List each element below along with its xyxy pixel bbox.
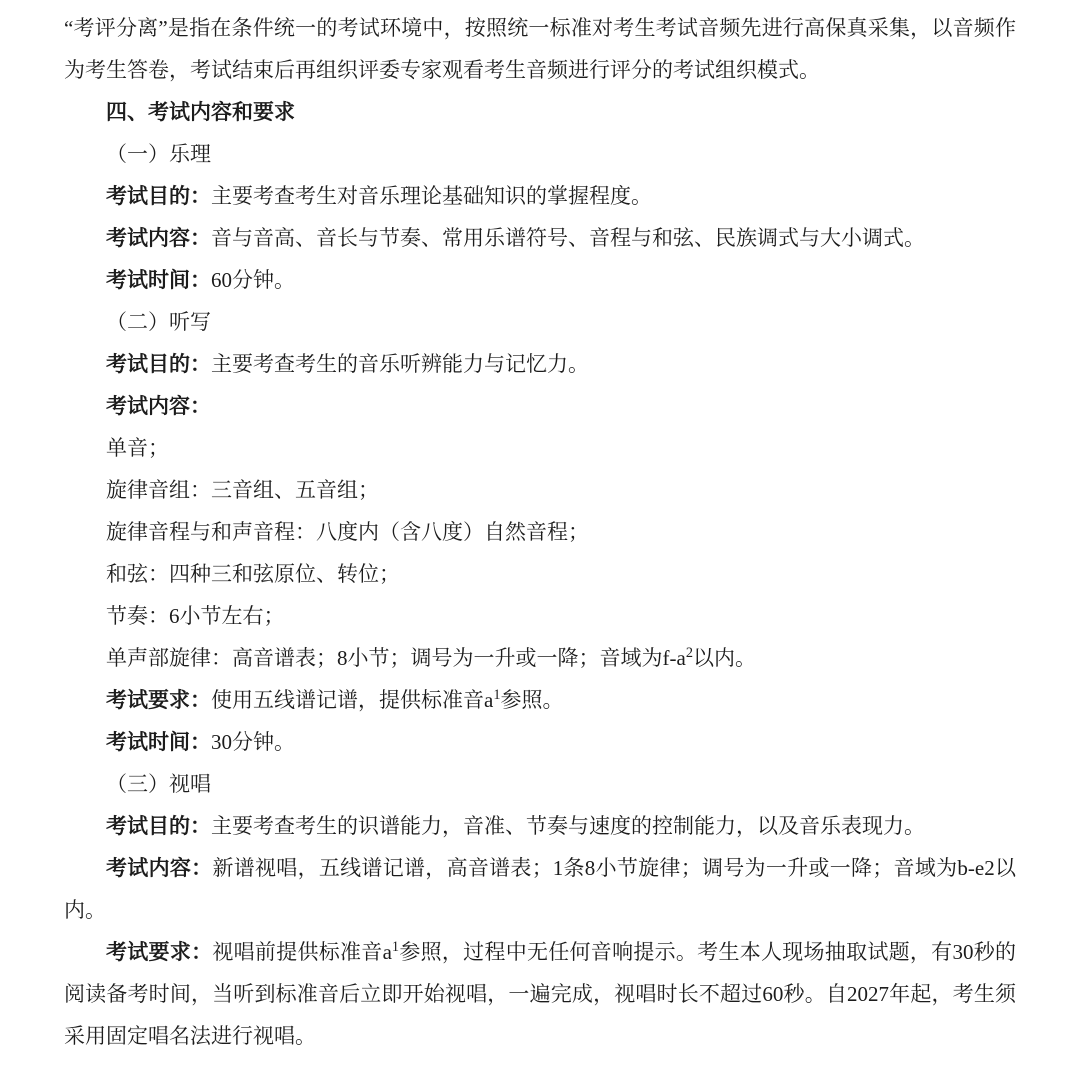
text-run: 主要考查考生对音乐理论基础知识的掌握程度。 [211, 184, 652, 208]
document-page: “考评分离”是指在条件统一的考试环境中，按照统一标准对考生考试音频先进行高保真采… [0, 0, 1080, 1067]
yueli-content: 考试内容：音与音高、音长与节奏、常用乐谱符号、音程与和弦、民族调式与大小调式。 [64, 217, 1016, 259]
text-run: “考评分离”是指在条件统一的考试环境中，按照统一标准对考生考试音频先进行高保真采… [64, 16, 1016, 82]
bold-label-run: 考试目的： [106, 184, 211, 208]
text-run: （二）听写 [106, 310, 211, 334]
bold-label-run: 考试内容： [106, 226, 211, 250]
document-body: “考评分离”是指在条件统一的考试环境中，按照统一标准对考生考试音频先进行高保真采… [64, 7, 1016, 1057]
tingxie-item-hexian: 和弦：四种三和弦原位、转位； [64, 553, 1016, 595]
text-run: 旋律音组：三音组、五音组； [106, 478, 379, 502]
bold-label-run: 考试目的： [106, 814, 211, 838]
bold-label-run: 考试时间： [106, 730, 211, 754]
bold-label-run: 考试内容： [106, 394, 211, 418]
superscript-run: 1 [392, 939, 399, 955]
tingxie-item-xuanlvyinzu: 旋律音组：三音组、五音组； [64, 469, 1016, 511]
bold-label-run: 考试要求： [106, 940, 212, 964]
text-run: 30分钟。 [211, 730, 295, 754]
tingxie-purpose: 考试目的：主要考查考生的音乐听辨能力与记忆力。 [64, 343, 1016, 385]
text-run: 以内。 [693, 646, 756, 670]
tingxie-item-yincheng: 旋律音程与和声音程：八度内（含八度）自然音程； [64, 511, 1016, 553]
tingxie-requirement: 考试要求：使用五线谱记谱，提供标准音a1参照。 [64, 679, 1016, 721]
text-run: 主要考查考生的音乐听辨能力与记忆力。 [211, 352, 589, 376]
text-run: 旋律音程与和声音程：八度内（含八度）自然音程； [106, 520, 589, 544]
section-heading-4: 四、考试内容和要求 [64, 91, 1016, 133]
text-run: 音与音高、音长与节奏、常用乐谱符号、音程与和弦、民族调式与大小调式。 [211, 226, 925, 250]
text-run: 60分钟。 [211, 268, 295, 292]
shichang-content: 考试内容：新谱视唱，五线谱记谱，高音谱表；1条8小节旋律；调号为一升或一降；音域… [64, 847, 1016, 931]
shichang-requirement: 考试要求：视唱前提供标准音a1参照，过程中无任何音响提示。考生本人现场抽取试题，… [64, 931, 1016, 1057]
yueli-duration: 考试时间：60分钟。 [64, 259, 1016, 301]
text-run: 单音； [106, 436, 169, 460]
subsection-1-yueli: （一）乐理 [64, 133, 1016, 175]
text-run: 主要考查考生的识谱能力，音准、节奏与速度的控制能力，以及音乐表现力。 [211, 814, 925, 838]
bold-label-run: 考试要求： [106, 688, 211, 712]
tingxie-item-danyin: 单音； [64, 427, 1016, 469]
text-run: 单声部旋律：高音谱表；8小节；调号为一升或一降；音域为f-a [106, 646, 686, 670]
yueli-purpose: 考试目的：主要考查考生对音乐理论基础知识的掌握程度。 [64, 175, 1016, 217]
subsection-2-tingxie: （二）听写 [64, 301, 1016, 343]
bold-label-run: 考试时间： [106, 268, 211, 292]
text-run: 使用五线谱记谱，提供标准音a [211, 688, 493, 712]
intro-paragraph: “考评分离”是指在条件统一的考试环境中，按照统一标准对考生考试音频先进行高保真采… [64, 7, 1016, 91]
text-run: 节奏：6小节左右； [106, 604, 285, 628]
tingxie-item-jiezou: 节奏：6小节左右； [64, 595, 1016, 637]
tingxie-duration: 考试时间：30分钟。 [64, 721, 1016, 763]
text-run: （一）乐理 [106, 142, 211, 166]
tingxie-content-label: 考试内容： [64, 385, 1016, 427]
tingxie-item-danshengbu: 单声部旋律：高音谱表；8小节；调号为一升或一降；音域为f-a2以内。 [64, 637, 1016, 679]
bold-label-run: 考试内容： [106, 856, 212, 880]
bold-label-run: 考试目的： [106, 352, 211, 376]
bold-label-run: 四、考试内容和要求 [106, 100, 295, 124]
superscript-run: 2 [686, 645, 693, 661]
text-run: 和弦：四种三和弦原位、转位； [106, 562, 400, 586]
subsection-3-shichang: （三）视唱 [64, 763, 1016, 805]
text-run: 视唱前提供标准音a [212, 940, 392, 964]
text-run: 参照。 [500, 688, 563, 712]
shichang-purpose: 考试目的：主要考查考生的识谱能力，音准、节奏与速度的控制能力，以及音乐表现力。 [64, 805, 1016, 847]
text-run: （三）视唱 [106, 772, 211, 796]
